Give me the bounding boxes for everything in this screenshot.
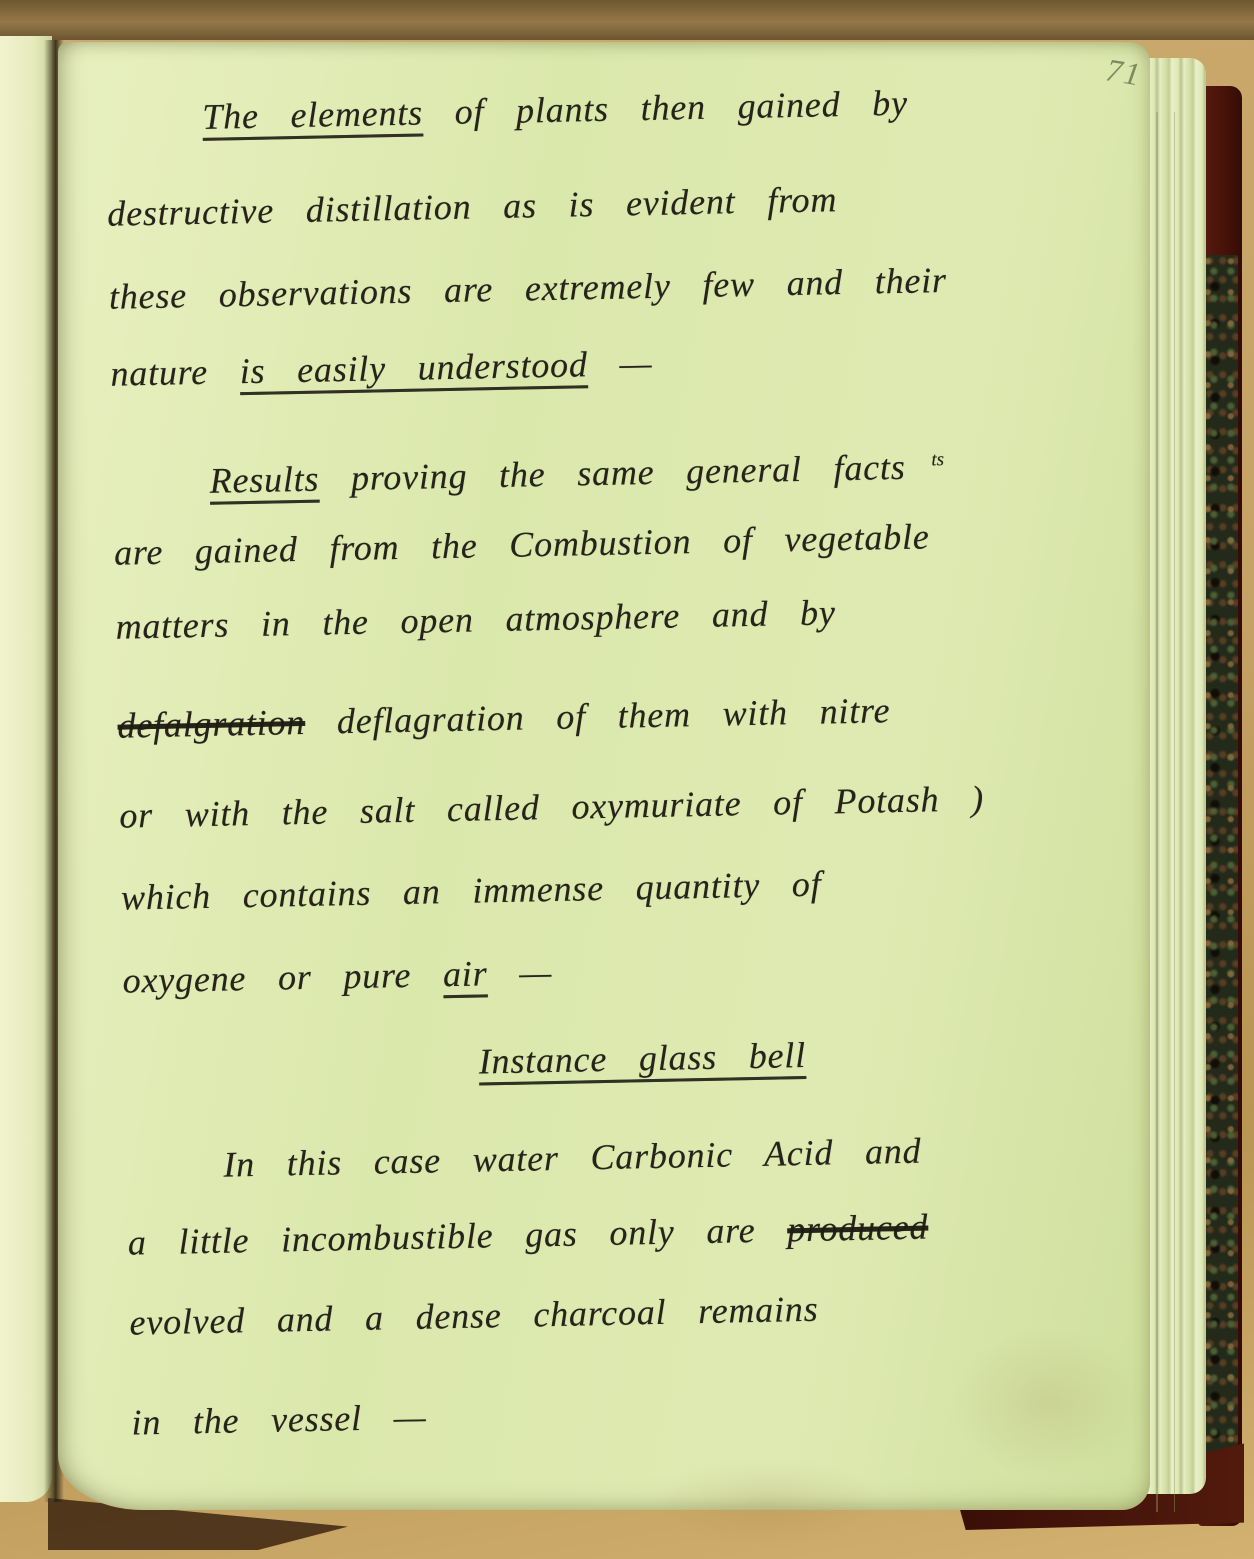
manuscript-line: The elements of plants then gained by — [202, 82, 908, 138]
manuscript-line: which contains an immense quantity of — [121, 863, 822, 919]
text-segment: proving the same general facts — [319, 447, 906, 499]
text-segment: — — [487, 952, 552, 993]
text-segment: destructive distillation as is evident f… — [107, 179, 838, 234]
text-segment: evolved and a dense charcoal remains — [129, 1289, 819, 1343]
underlined-text: is easily understood — [239, 344, 588, 391]
text-segment: these observations are extremely few and… — [109, 260, 948, 317]
underlined-text: air — [443, 953, 488, 994]
text-segment: ts — [931, 449, 944, 470]
paper-crease — [1174, 112, 1175, 1512]
underlined-text: Instance glass bell — [478, 1035, 806, 1082]
manuscript-line: these observations are extremely few and… — [109, 259, 948, 318]
manuscript-line: nature is easily understood — — [110, 342, 653, 395]
manuscript-line: in the vessel — — [131, 1396, 427, 1444]
manuscript-line: matters in the open atmosphere and by — [115, 591, 836, 647]
marbled-board-edge — [1202, 255, 1238, 1470]
text-segment: deflagration of them with nitre — [305, 690, 891, 742]
manuscript-line: evolved and a dense charcoal remains — [129, 1288, 819, 1344]
text-segment: nature — [110, 351, 240, 394]
manuscript-line: a little incombustible gas only are prod… — [128, 1206, 929, 1264]
manuscript-line: In this case water Carbonic Acid and — [223, 1130, 922, 1186]
text-segment: In this case water Carbonic Acid and — [223, 1131, 922, 1185]
text-segment: a little incombustible gas only are — [128, 1209, 788, 1262]
text-segment: of plants then gained by — [422, 83, 908, 133]
text-segment: which contains an immense quantity of — [121, 864, 822, 918]
handwritten-text-block: The elements of plants then gained bydes… — [96, 29, 1176, 1480]
underlined-text: Results — [209, 459, 319, 501]
manuscript-line: Instance glass bell — [116, 1027, 1169, 1090]
struck-out-text: defalgration — [117, 702, 305, 746]
text-segment: or with the salt called oxymuriate of Po… — [119, 778, 984, 835]
struck-out-text: produced — [787, 1207, 929, 1250]
text-segment: are gained from the Combustion of vegeta… — [114, 516, 930, 572]
manuscript-line: or with the salt called oxymuriate of Po… — [119, 777, 984, 836]
manuscript-line: oxygene or pure air — — [122, 951, 552, 1002]
underlined-text: The elements — [202, 92, 423, 136]
text-segment: in the vessel — — [131, 1397, 427, 1443]
manuscript-line: are gained from the Combustion of vegeta… — [114, 515, 930, 573]
text-segment: — — [587, 343, 652, 384]
manuscript-line: defalgration deflagration of them with n… — [117, 689, 891, 747]
text-segment: matters in the open atmosphere and by — [115, 592, 836, 646]
text-segment: oxygene or pure — [122, 954, 443, 1000]
manuscript-line: Results proving the same general factsts — [209, 445, 944, 502]
manuscript-line: destructive distillation as is evident f… — [107, 178, 838, 235]
